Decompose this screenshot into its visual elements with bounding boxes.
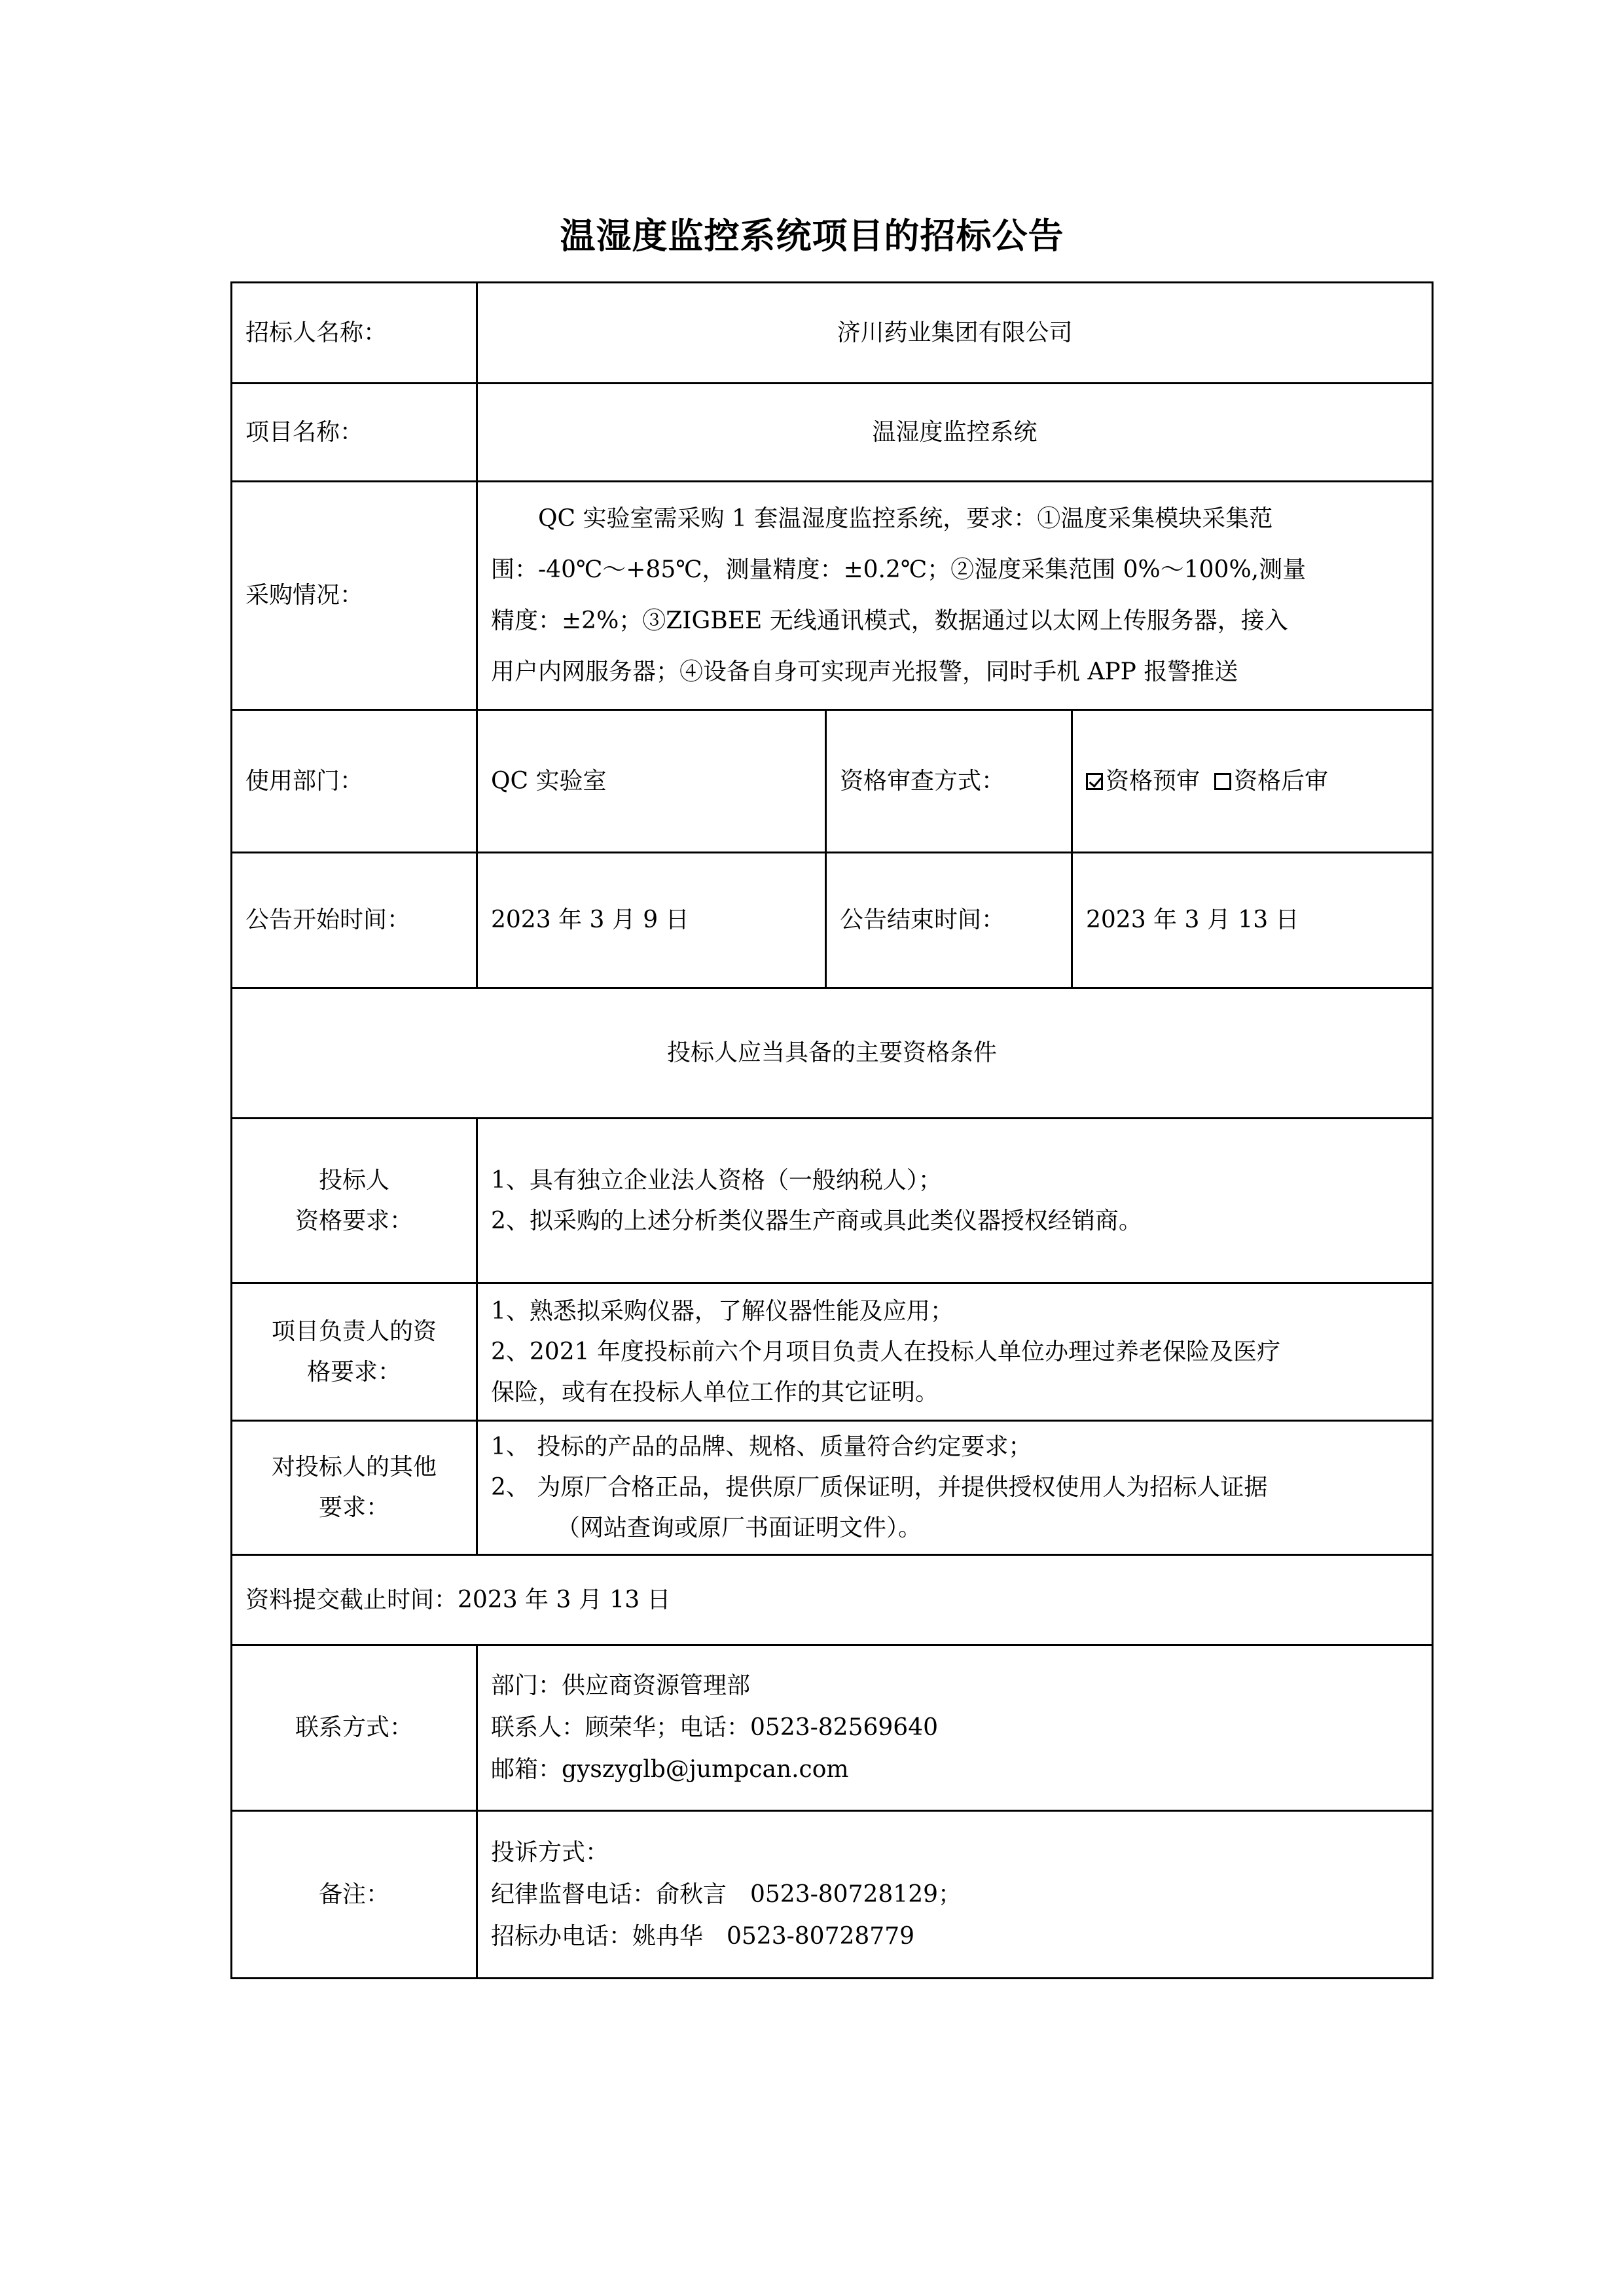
- label-line: 投标人: [245, 1160, 463, 1201]
- complaint-heading: 投诉方式：: [491, 1832, 1418, 1874]
- list-item: 1、熟悉拟采购仪器，了解仪器性能及应用；: [491, 1291, 1418, 1332]
- tenderer-label: 招标人名称：: [232, 283, 477, 384]
- other-requirements-list: 1、 投标的产品的品牌、规格、质量符合约定要求； 2、 为原厂合格正品，提供原厂…: [477, 1421, 1433, 1555]
- other-requirements-label: 对投标人的其他 要求：: [232, 1421, 477, 1555]
- row-bidder-qualification: 投标人 资格要求： 1、具有独立企业法人资格（一般纳税人）； 2、拟采购的上述分…: [232, 1119, 1433, 1283]
- project-value: 温湿度监控系统: [477, 384, 1433, 482]
- department-value: QC 实验室: [477, 710, 826, 853]
- label-line: 对投标人的其他: [245, 1447, 463, 1488]
- list-item: 1、 投标的产品的品牌、规格、质量符合约定要求；: [491, 1427, 1418, 1467]
- bidder-qualification-label: 投标人 资格要求：: [232, 1119, 477, 1283]
- start-date-label: 公告开始时间：: [232, 853, 477, 988]
- pm-qualification-list: 1、熟悉拟采购仪器，了解仪器性能及应用； 2、2021 年度投标前六个月项目负责…: [477, 1283, 1433, 1421]
- bidder-qualification-list: 1、具有独立企业法人资格（一般纳税人）； 2、拟采购的上述分析类仪器生产商或具此…: [477, 1119, 1433, 1283]
- procurement-line: 精度：±2%；③ZIGBEE 无线通讯模式，数据通过以太网上传服务器，接入: [491, 596, 1418, 647]
- label-line: 要求：: [245, 1488, 463, 1528]
- procurement-line: QC 实验室需采购 1 套温湿度监控系统，要求：①温度采集模块采集范: [491, 493, 1418, 545]
- document-title: 温湿度监控系统项目的招标公告: [0, 208, 1624, 259]
- row-other-requirements: 对投标人的其他 要求： 1、 投标的产品的品牌、规格、质量符合约定要求； 2、 …: [232, 1421, 1433, 1555]
- contact-details: 部门：供应商资源管理部 联系人：顾荣华；电话：0523-82569640 邮箱：…: [477, 1645, 1433, 1811]
- row-pm-qualification: 项目负责人的资 格要求： 1、熟悉拟采购仪器，了解仪器性能及应用； 2、2021…: [232, 1283, 1433, 1421]
- list-item: 2、拟采购的上述分析类仪器生产商或具此类仪器授权经销商。: [491, 1201, 1418, 1242]
- list-item: 1、具有独立企业法人资格（一般纳税人）；: [491, 1160, 1418, 1201]
- review-method-options: 资格预审资格后审: [1072, 710, 1433, 853]
- label-line: 资格要求：: [245, 1201, 463, 1242]
- procurement-label: 采购情况：: [232, 482, 477, 710]
- checkbox-empty-icon: [1214, 773, 1231, 790]
- remarks-details: 投诉方式： 纪律监督电话：俞秋言 0523-80728129； 招标办电话：姚冉…: [477, 1811, 1433, 1979]
- contact-email: 邮箱：gyszyglb@jumpcan.com: [491, 1749, 1418, 1791]
- list-item: 2、2021 年度投标前六个月项目负责人在投标人单位办理过养老保险及医疗: [491, 1332, 1418, 1372]
- review-method-label: 资格审查方式：: [826, 710, 1072, 853]
- row-remarks: 备注： 投诉方式： 纪律监督电话：俞秋言 0523-80728129； 招标办电…: [232, 1811, 1433, 1979]
- row-dates: 公告开始时间： 2023 年 3 月 9 日 公告结束时间： 2023 年 3 …: [232, 853, 1433, 988]
- row-department: 使用部门： QC 实验室 资格审查方式： 资格预审资格后审: [232, 710, 1433, 853]
- checkbox-checked-icon: [1086, 773, 1103, 790]
- row-section-heading: 投标人应当具备的主要资格条件: [232, 988, 1433, 1119]
- contact-department: 部门：供应商资源管理部: [491, 1665, 1418, 1707]
- list-item: 2、 为原厂合格正品，提供原厂质保证明，并提供授权使用人为招标人证据: [491, 1467, 1418, 1508]
- contact-person-phone: 联系人：顾荣华；电话：0523-82569640: [491, 1707, 1418, 1749]
- discipline-phone: 纪律监督电话：俞秋言 0523-80728129；: [491, 1874, 1418, 1916]
- option-prequalification: 资格预审: [1106, 768, 1200, 795]
- end-date-label: 公告结束时间：: [826, 853, 1072, 988]
- remarks-label: 备注：: [232, 1811, 477, 1979]
- row-tenderer: 招标人名称： 济川药业集团有限公司: [232, 283, 1433, 384]
- end-date-value: 2023 年 3 月 13 日: [1072, 853, 1433, 988]
- option-postqualification: 资格后审: [1234, 768, 1328, 795]
- procurement-description: QC 实验室需采购 1 套温湿度监控系统，要求：①温度采集模块采集范 围：-40…: [477, 482, 1433, 710]
- procurement-line: 用户内网服务器；④设备自身可实现声光报警，同时手机 APP 报警推送: [491, 647, 1418, 698]
- department-label: 使用部门：: [232, 710, 477, 853]
- row-contact: 联系方式： 部门：供应商资源管理部 联系人：顾荣华；电话：0523-825696…: [232, 1645, 1433, 1811]
- pm-qualification-label: 项目负责人的资 格要求：: [232, 1283, 477, 1421]
- contact-label: 联系方式：: [232, 1645, 477, 1811]
- start-date-value: 2023 年 3 月 9 日: [477, 853, 826, 988]
- label-line: 项目负责人的资: [245, 1312, 463, 1352]
- tenderer-value: 济川药业集团有限公司: [477, 283, 1433, 384]
- list-item: 保险，或有在投标人单位工作的其它证明。: [491, 1372, 1418, 1413]
- tender-notice-table: 招标人名称： 济川药业集团有限公司 项目名称： 温湿度监控系统 采购情况： QC…: [230, 281, 1434, 1979]
- procurement-line: 围：-40℃～+85℃，测量精度：±0.2℃；②湿度采集范围 0%～100%,测…: [491, 545, 1418, 596]
- tender-office-phone: 招标办电话：姚冉华 0523-80728779: [491, 1916, 1418, 1958]
- row-procurement: 采购情况： QC 实验室需采购 1 套温湿度监控系统，要求：①温度采集模块采集范…: [232, 482, 1433, 710]
- list-item: （网站查询或原厂书面证明文件）。: [491, 1508, 1418, 1549]
- row-deadline: 资料提交截止时间：2023 年 3 月 13 日: [232, 1555, 1433, 1645]
- qualification-section-heading: 投标人应当具备的主要资格条件: [232, 988, 1433, 1119]
- label-line: 格要求：: [245, 1352, 463, 1393]
- submission-deadline: 资料提交截止时间：2023 年 3 月 13 日: [232, 1555, 1433, 1645]
- project-label: 项目名称：: [232, 384, 477, 482]
- row-project: 项目名称： 温湿度监控系统: [232, 384, 1433, 482]
